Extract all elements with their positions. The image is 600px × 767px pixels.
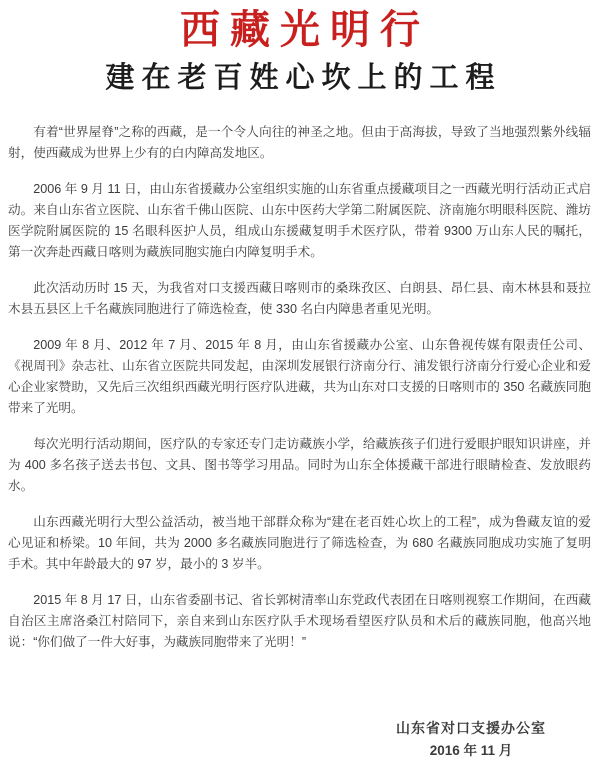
signature-block: 山东省对口支援办公室 2016 年 11 月 bbox=[396, 718, 546, 761]
page-subtitle: 建在老百姓心坎上的工程 bbox=[0, 58, 600, 96]
signature-date: 2016 年 11 月 bbox=[396, 741, 546, 761]
document-body: 有着“世界屋脊”之称的西藏，是一个令人向往的神圣之地。但由于高海拔，导致了当地强… bbox=[8, 122, 591, 653]
page-title: 西藏光明行 bbox=[0, 6, 600, 54]
paragraph-school-visits: 每次光明行活动期间，医疗队的专家还专门走访藏族小学，给藏族孩子们进行爱眼护眼知识… bbox=[8, 434, 591, 497]
paragraph-later-missions: 2009 年 8 月、2012 年 7 月、2015 年 8 月，由山东省援藏办… bbox=[8, 335, 591, 419]
paragraph-achievements: 山东西藏光明行大型公益活动，被当地干部群众称为“建在老百姓心坎上的工程”，成为鲁… bbox=[8, 512, 591, 575]
paragraph-intro: 有着“世界屋脊”之称的西藏，是一个令人向往的神圣之地。但由于高海拔，导致了当地强… bbox=[8, 122, 591, 164]
document-page: 西藏光明行 建在老百姓心坎上的工程 有着“世界屋脊”之称的西藏，是一个令人向往的… bbox=[0, 0, 600, 767]
paragraph-inspection-2015: 2015 年 8 月 17 日，山东省委副书记、省长郭树清率山东党政代表团在日喀… bbox=[8, 590, 591, 653]
paragraph-launch-2006: 2006 年 9 月 11 日，由山东省援藏办公室组织实施的山东省重点援藏项目之… bbox=[8, 179, 591, 263]
paragraph-first-mission: 此次活动历时 15 天，为我省对口支援西藏日喀则市的桑珠孜区、白朗县、昂仁县、南… bbox=[8, 278, 591, 320]
signature-organization: 山东省对口支援办公室 bbox=[396, 718, 546, 738]
document-header: 西藏光明行 建在老百姓心坎上的工程 bbox=[0, 0, 600, 96]
